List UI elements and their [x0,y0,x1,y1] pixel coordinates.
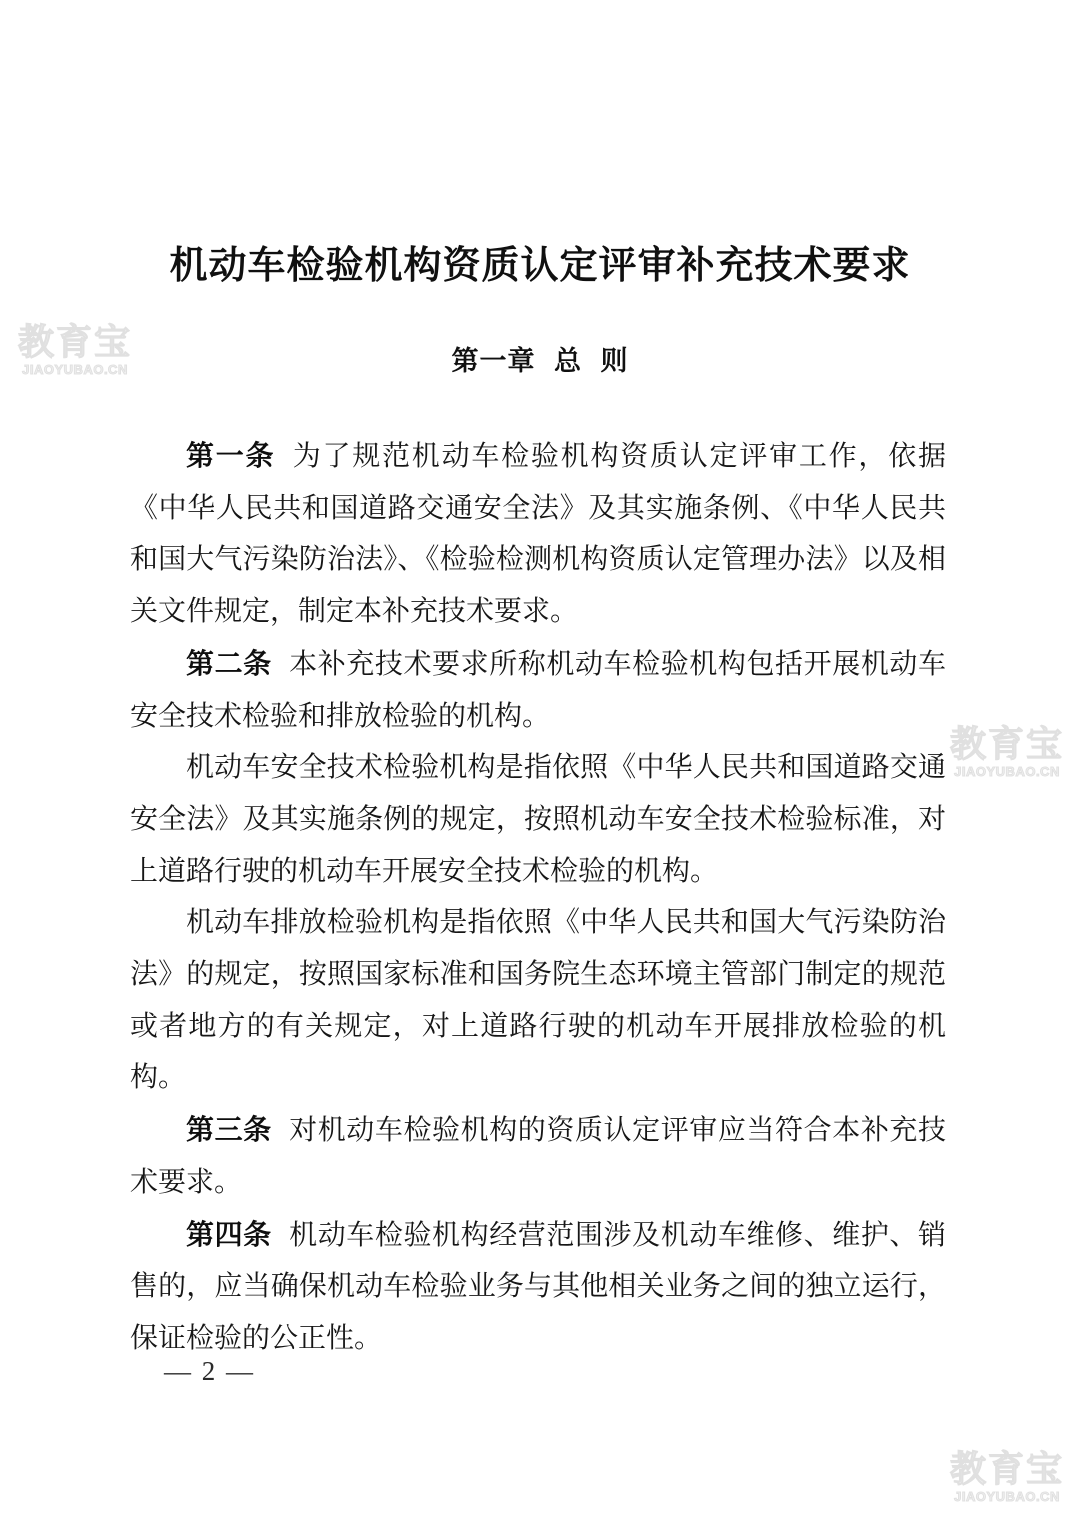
watermark-bottom-right: 教育宝 JIAOYUBAO.CN [944,1451,1070,1503]
paragraph: 第四条机动车检验机构经营范围涉及机动车维修、维护、销售的，应当确保机动车检验业务… [130,1209,946,1365]
paragraph: 机动车排放检验机构是指依照《中华人民共和国大气污染防治法》的规定，按照国家标准和… [130,897,946,1104]
document-body: 第一条为了规范机动车检验机构资质认定评审工作，依据《中华人民共和国道路交通安全法… [130,430,946,1365]
article-label: 第一条 [186,440,275,471]
document-page: 教育宝 JIAOYUBAO.CN 教育宝 JIAOYUBAO.CN 教育宝 JI… [0,0,1080,1527]
watermark-brand-text: 教育宝 [944,1451,1070,1487]
paragraph: 第一条为了规范机动车检验机构资质认定评审工作，依据《中华人民共和国道路交通安全法… [130,430,946,638]
article-label: 第四条 [186,1219,272,1250]
article-label: 第三条 [186,1114,272,1145]
watermark-middle-right: 教育宝 JIAOYUBAO.CN [944,726,1070,778]
paragraph: 机动车安全技术检验机构是指依照《中华人民共和国道路交通安全法》及其实施条例的规定… [130,742,946,897]
watermark-brand-text: 教育宝 [944,726,1070,762]
watermark-domain-text: JIAOYUBAO.CN [944,765,1070,778]
article-label: 第二条 [186,648,272,679]
document-title: 机动车检验机构资质认定评审补充技术要求 [0,234,1080,289]
chapter-heading: 第一章 总 则 [0,339,1080,378]
watermark-domain-text: JIAOYUBAO.CN [944,1490,1070,1503]
paragraph: 第三条对机动车检验机构的资质认定评审应当符合本补充技术要求。 [130,1104,946,1208]
page-number: — 2 — [164,1356,255,1387]
paragraph: 第二条本补充技术要求所称机动车检验机构包括开展机动车安全技术检验和排放检验的机构… [130,638,946,742]
